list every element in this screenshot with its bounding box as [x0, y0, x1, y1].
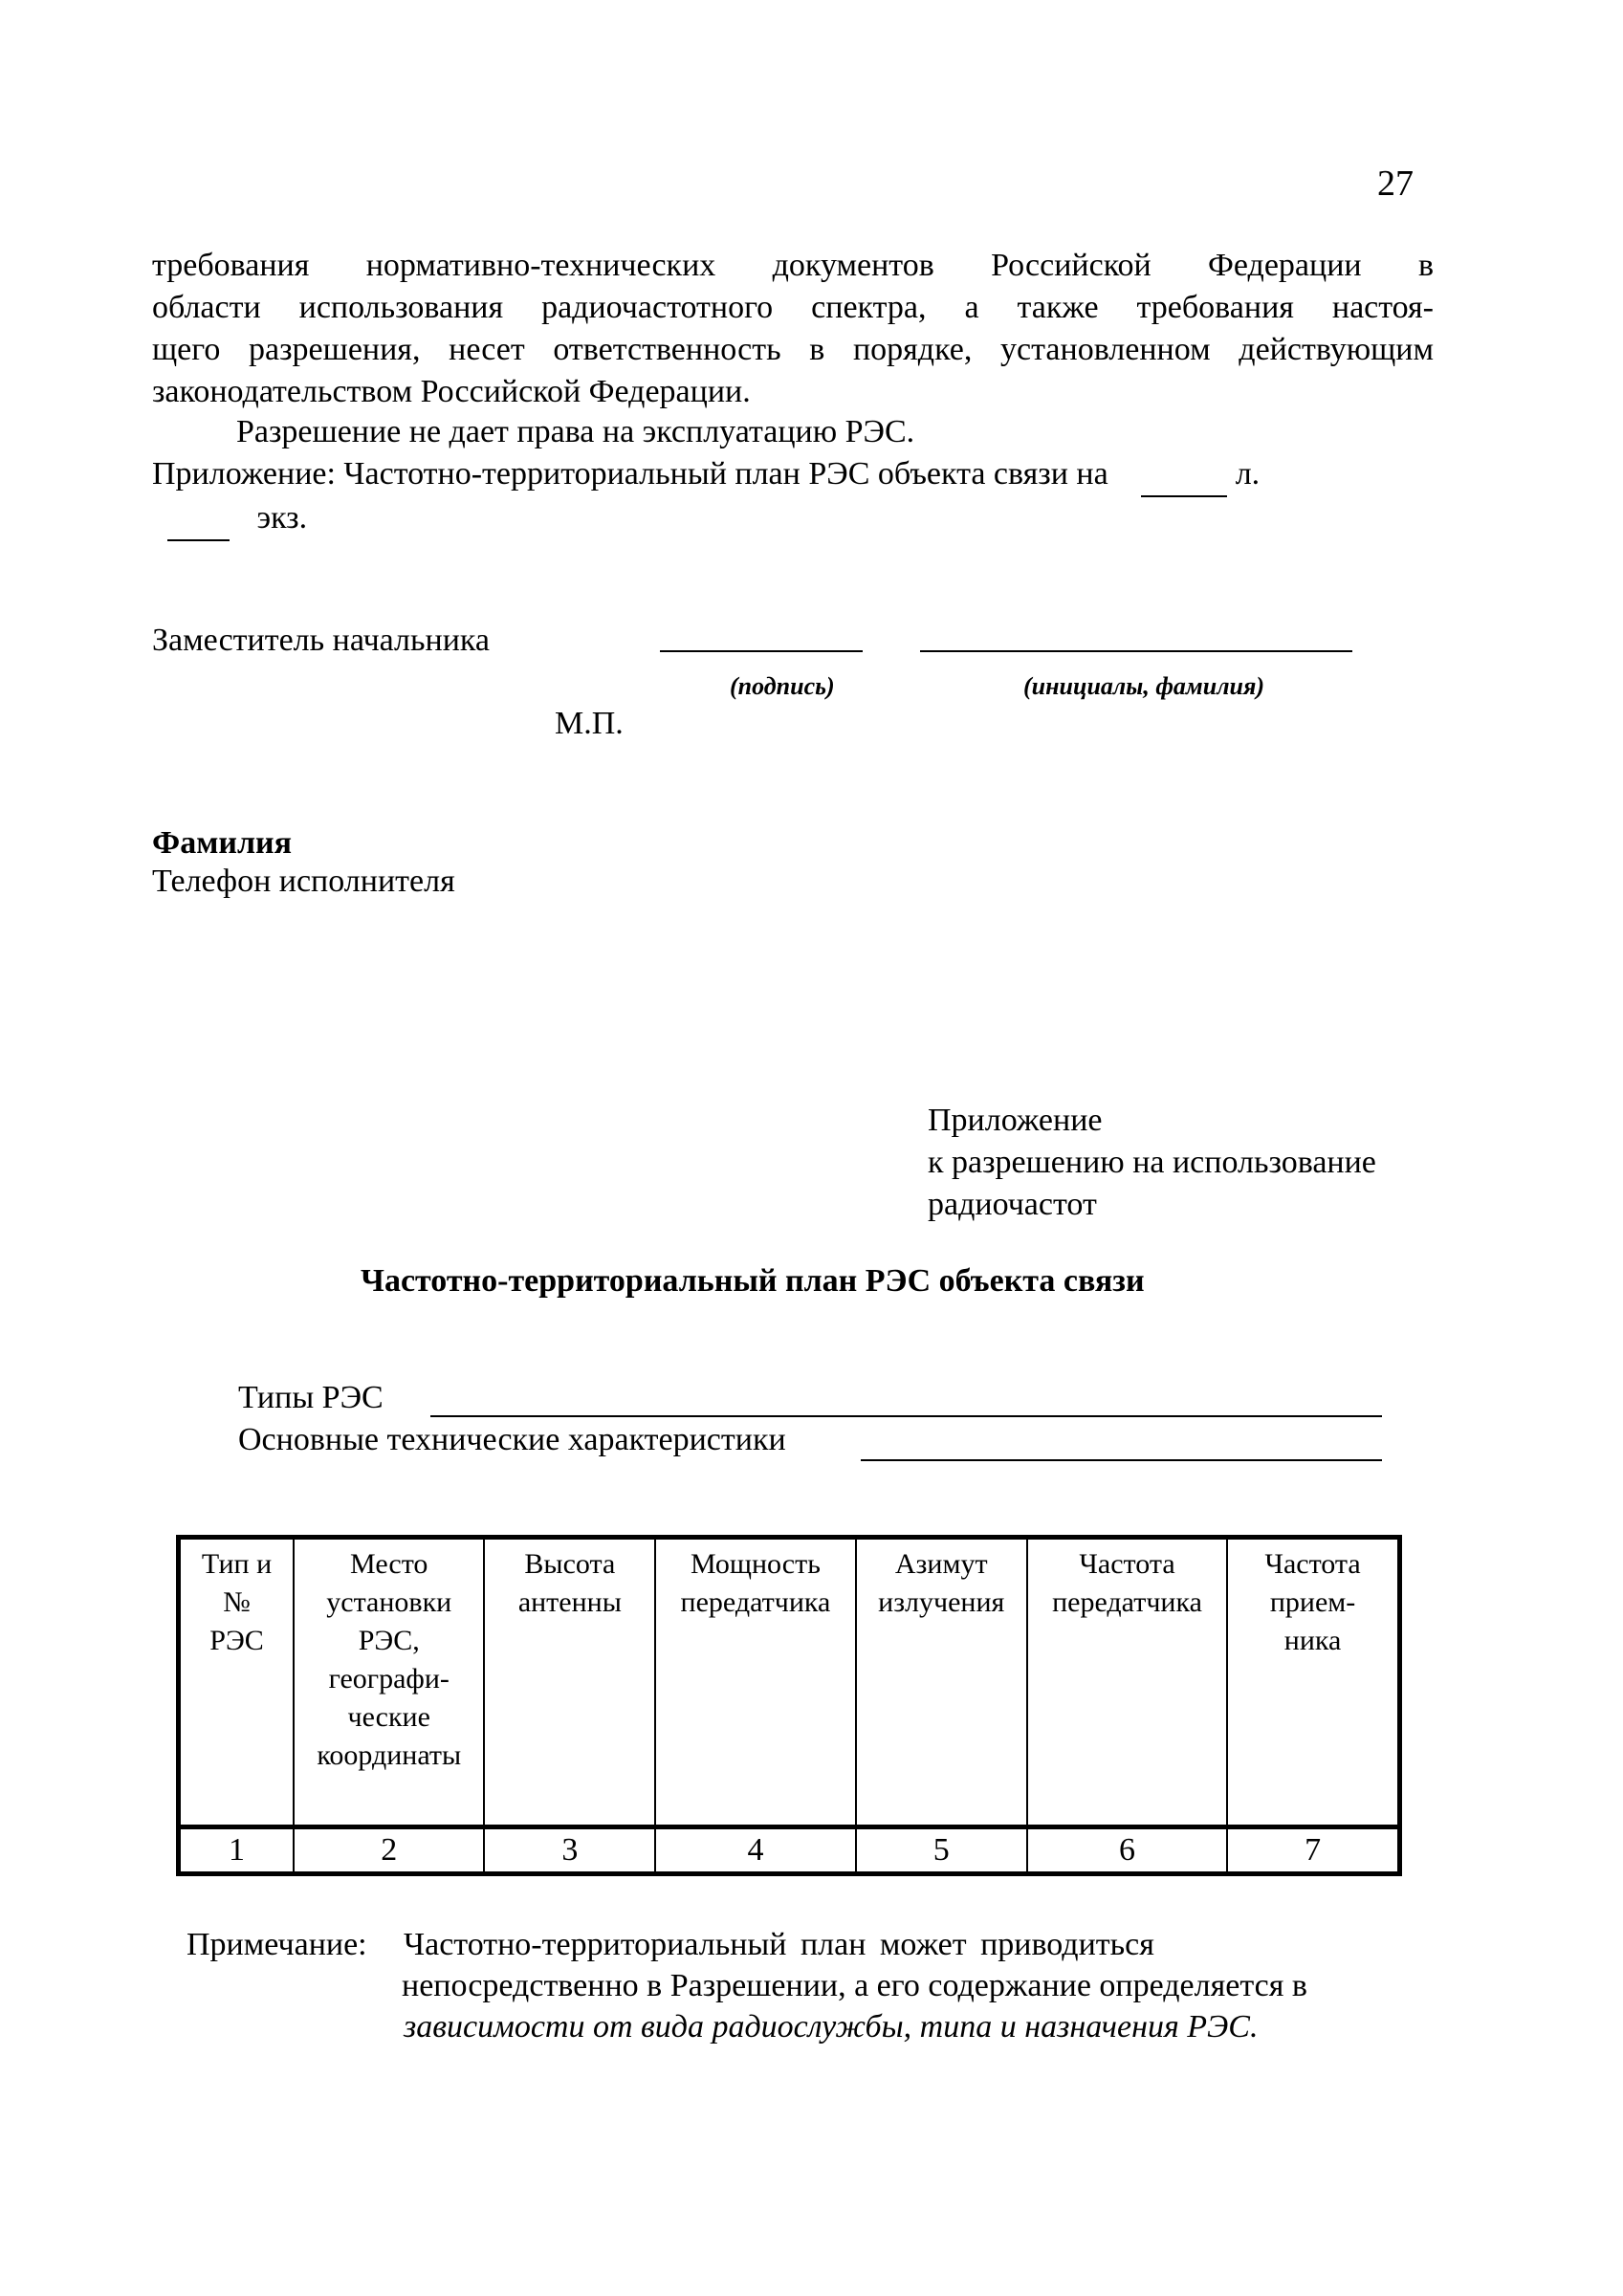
header-text: Высота — [489, 1545, 650, 1584]
no-operation-right-text: Разрешение не дает права на эксплуатацию… — [236, 411, 914, 453]
name-line[interactable] — [920, 650, 1352, 652]
header-text: Тип и — [185, 1545, 289, 1584]
header-text: Частота — [1232, 1545, 1393, 1584]
note-label: Примечание: — [186, 1924, 367, 1966]
copies-count-blank[interactable] — [167, 497, 230, 541]
header-text: координаты — [298, 1737, 479, 1775]
sheets-suffix: л. — [1236, 456, 1260, 492]
frequency-plan-table: Тип и № РЭС Место установки РЭС, географ… — [176, 1535, 1402, 1876]
intro-line-2: области использования радиочастотного сп… — [152, 287, 1434, 329]
header-res-type: Тип и № РЭС — [179, 1538, 295, 1827]
appendix-header-line-2: к разрешению на использование — [928, 1142, 1376, 1184]
header-text: географи- — [298, 1660, 479, 1698]
signature-caption: (подпись) — [730, 666, 835, 708]
header-text: ческие — [298, 1698, 479, 1737]
column-number: 3 — [484, 1827, 655, 1874]
header-location: Место установки РЭС, географи- ческие ко… — [294, 1538, 484, 1827]
header-text: Азимут — [861, 1545, 1022, 1584]
header-text: Место — [298, 1545, 479, 1584]
appendix-header-line-3: радиочастот — [928, 1184, 1376, 1226]
intro-paragraph: требования нормативно-технических докуме… — [152, 245, 1434, 413]
header-text: излучения — [861, 1584, 1022, 1622]
header-transmitter-power: Мощность передатчика — [655, 1538, 855, 1827]
header-text: антенны — [489, 1584, 650, 1622]
header-transmitter-frequency: Частота передатчика — [1027, 1538, 1227, 1827]
copies-line: экз. — [167, 497, 307, 541]
header-azimuth: Азимут излучения — [856, 1538, 1027, 1827]
header-text: прием- — [1232, 1584, 1393, 1622]
signatory-position: Заместитель начальника — [152, 620, 490, 662]
copies-suffix: экз. — [257, 500, 308, 536]
header-receiver-frequency: Частота прием- ника — [1227, 1538, 1399, 1827]
res-types-label: Типы РЭС — [238, 1377, 384, 1419]
table-header-row: Тип и № РЭС Место установки РЭС, географ… — [179, 1538, 1400, 1827]
intro-line-4: законодательством Российской Федерации. — [152, 371, 1434, 413]
header-text: ника — [1232, 1622, 1393, 1660]
column-number: 7 — [1227, 1827, 1399, 1874]
note-line-2: непосредственно в Разрешении, а его соде… — [402, 1965, 1307, 2007]
column-number: 5 — [856, 1827, 1027, 1874]
appendix-header: Приложение к разрешению на использование… — [928, 1100, 1376, 1226]
res-types-field[interactable] — [430, 1415, 1382, 1417]
note-line-3: зависимости от вида радиослужбы, типа и … — [404, 2006, 1258, 2048]
executor-surname-label: Фамилия — [152, 822, 292, 864]
attachment-line: Приложение: Частотно-территориальный пла… — [152, 453, 1434, 497]
header-text: РЭС — [185, 1622, 289, 1660]
plan-title: Частотно-территориальный план РЭС объект… — [361, 1260, 1145, 1302]
header-text: Мощность — [660, 1545, 850, 1584]
executor-phone-label: Телефон исполнителя — [152, 861, 455, 903]
header-text: РЭС, — [298, 1622, 479, 1660]
characteristics-label: Основные технические характеристики — [238, 1419, 786, 1461]
note-line-1: Частотно-территориальный план может прив… — [404, 1924, 1154, 1966]
name-caption: (инициалы, фамилия) — [1023, 666, 1264, 708]
table-number-row: 1 2 3 4 5 6 7 — [179, 1827, 1400, 1874]
header-text: передатчика — [660, 1584, 850, 1622]
appendix-header-line-1: Приложение — [928, 1100, 1376, 1142]
header-text: установки — [298, 1584, 479, 1622]
column-number: 1 — [179, 1827, 295, 1874]
header-text: передатчика — [1032, 1584, 1222, 1622]
intro-line-3: щего разрешения, несет ответственность в… — [152, 329, 1434, 371]
column-number: 2 — [294, 1827, 484, 1874]
page-number: 27 — [1377, 163, 1414, 205]
column-number: 4 — [655, 1827, 855, 1874]
header-text: № — [185, 1584, 289, 1622]
attachment-text: Приложение: Частотно-территориальный пла… — [152, 456, 1108, 492]
header-antenna-height: Высота антенны — [484, 1538, 655, 1827]
column-number: 6 — [1027, 1827, 1227, 1874]
characteristics-field[interactable] — [861, 1459, 1382, 1461]
stamp-placeholder: М.П. — [555, 703, 624, 745]
sheets-count-blank[interactable] — [1141, 453, 1227, 497]
intro-line-1: требования нормативно-технических докуме… — [152, 245, 1434, 287]
signature-line[interactable] — [660, 650, 863, 652]
header-text: Частота — [1032, 1545, 1222, 1584]
